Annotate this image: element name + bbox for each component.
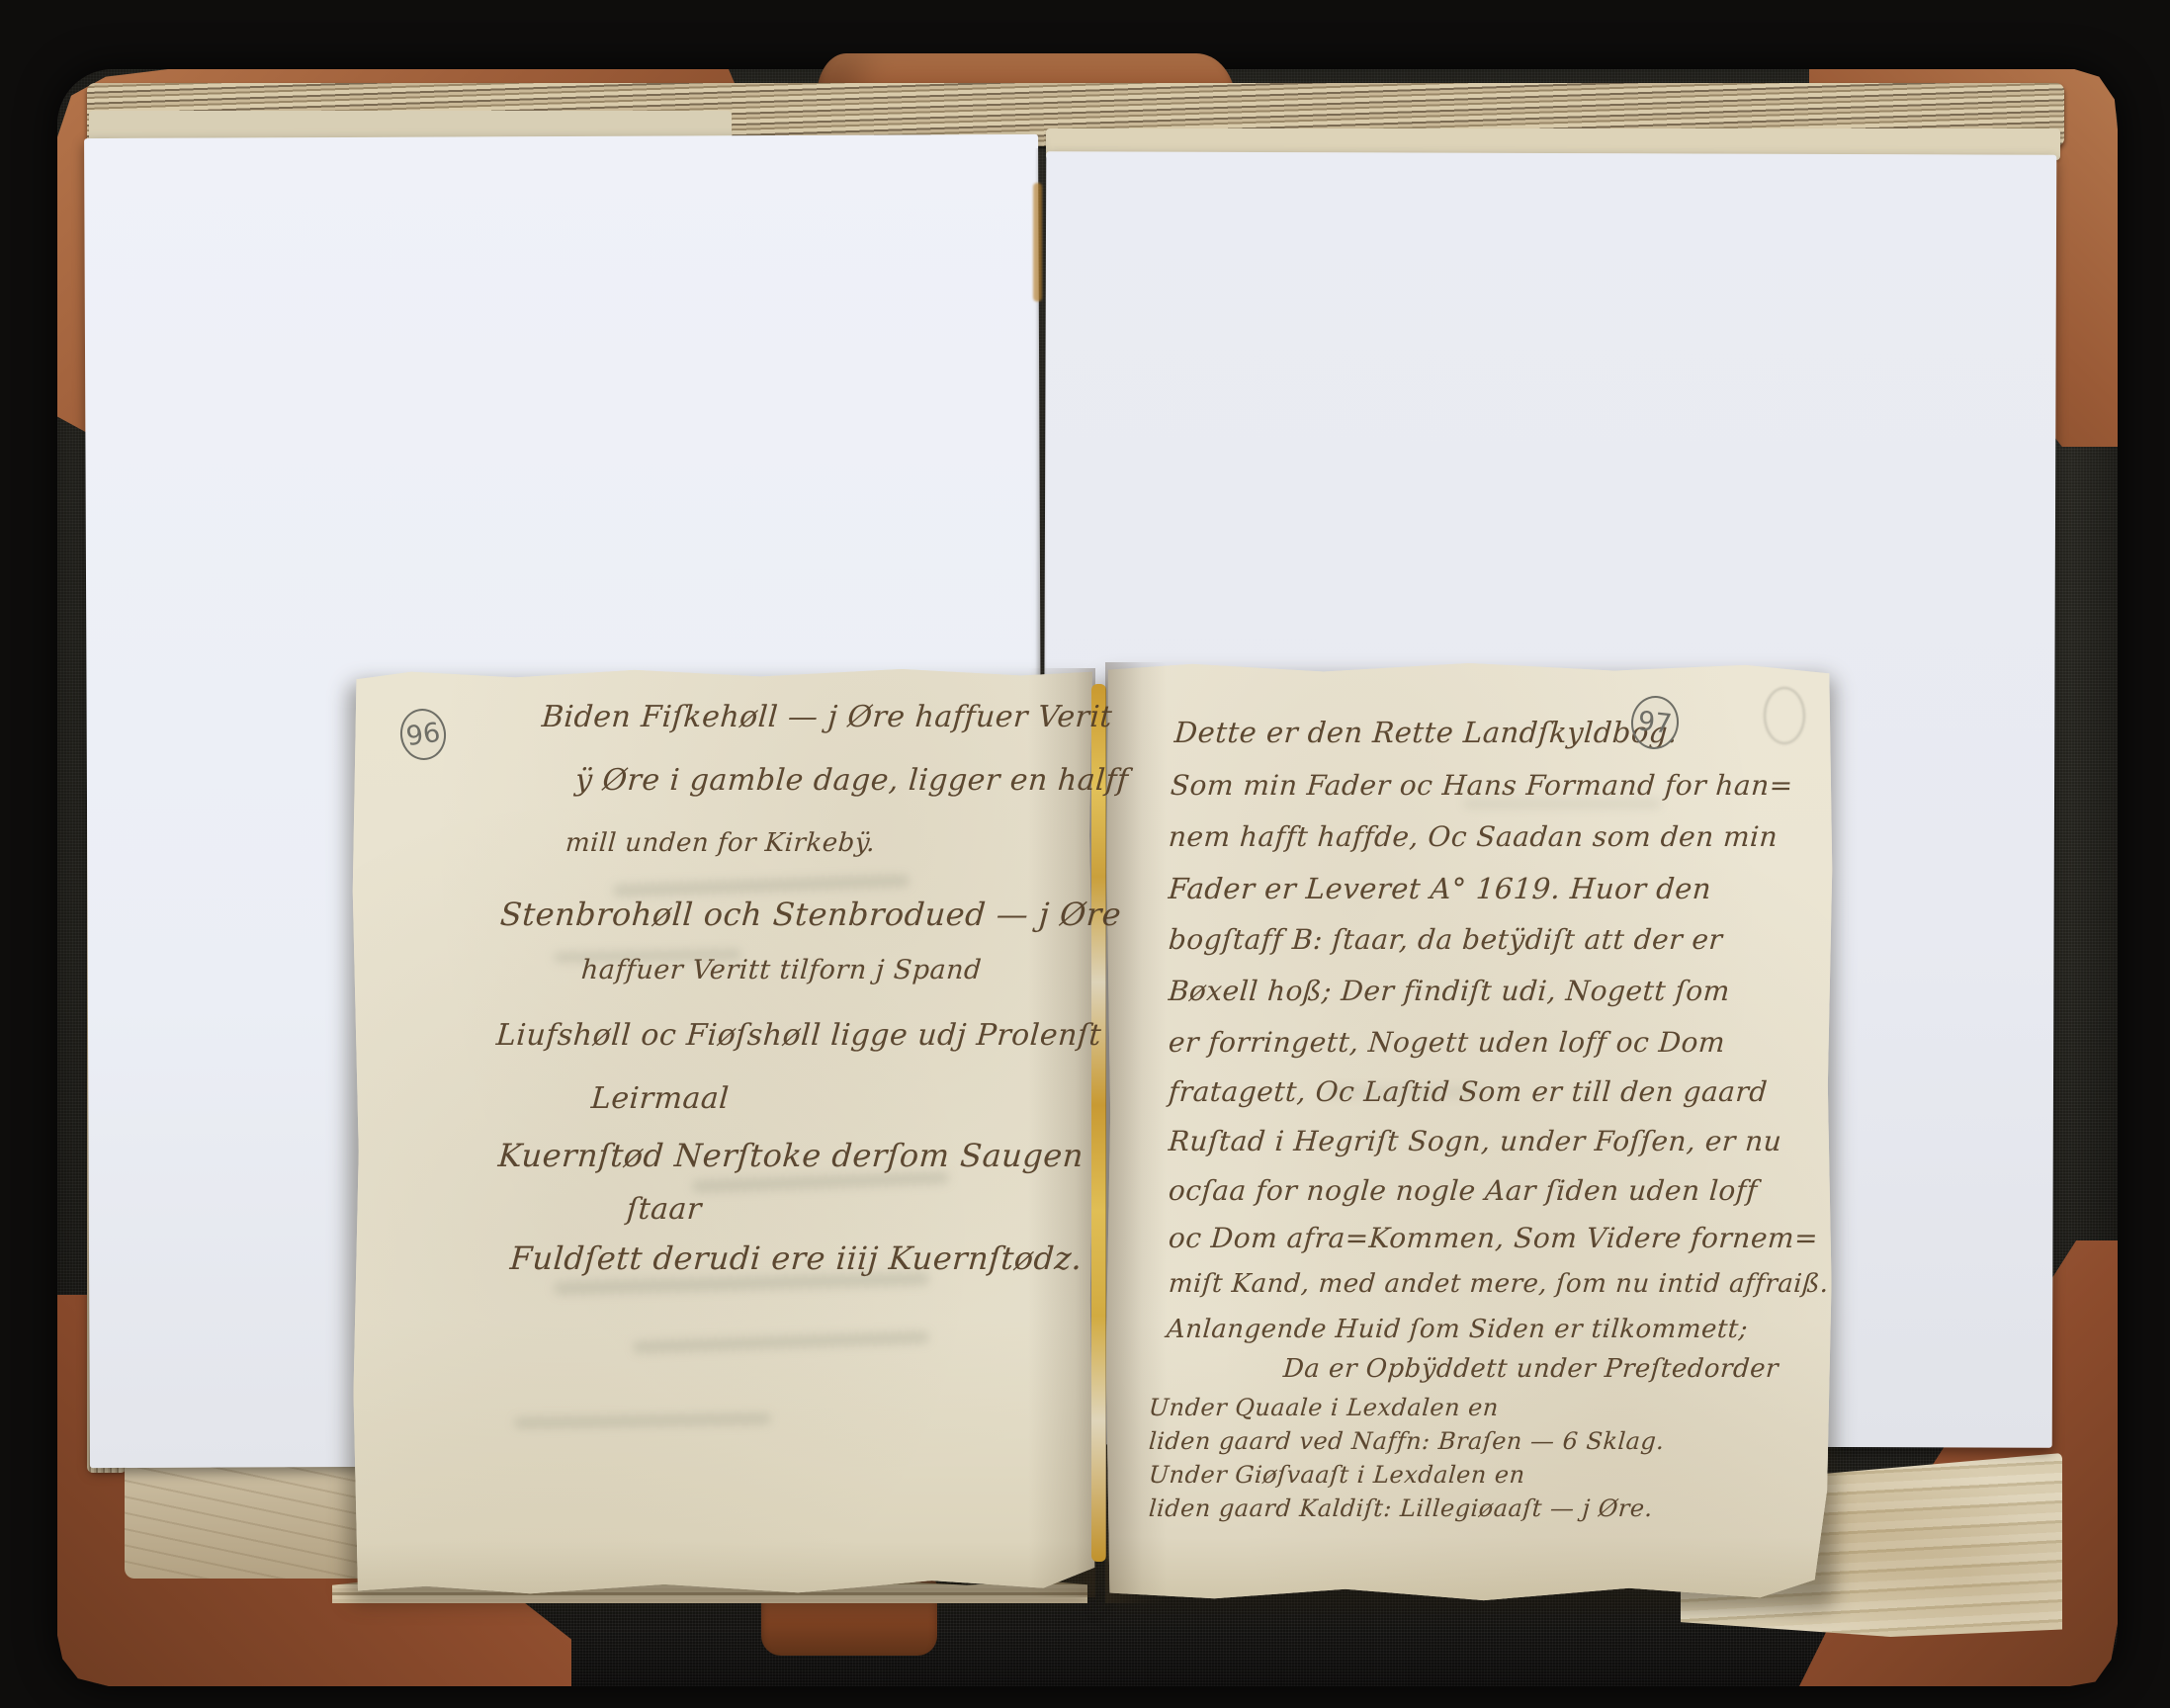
manuscript-line: oc Dom afra=Kommen, Som Videre fornem= <box>1168 1222 1819 1254</box>
manuscript-line: liden gaard Kaldiſt: Lillegiøaaſt — j Ør… <box>1148 1494 1654 1522</box>
page-number-left-value: 96 <box>404 717 442 751</box>
manuscript-line: Under Giøſvaaſt i Lexdalen en <box>1148 1461 1526 1489</box>
manuscript-line: ocſaa for nogle nogle Aar ſiden uden lof… <box>1168 1174 1759 1207</box>
manuscript-line: Da er Opbÿddett under Preſtedorder <box>1282 1354 1779 1384</box>
manuscript-line: Fader er Leveret A° 1619. Huor den <box>1168 872 1713 905</box>
manuscript-line: nem hafft haffde, Oc Saadan som den min <box>1168 820 1779 853</box>
manuscript-line: Ruſtad i Hegriſt Sogn, under Foſſen, er … <box>1168 1125 1783 1157</box>
archival-scan: Biden Fiſkehøll — j Øre haffuer Veritÿ Ø… <box>0 0 2170 1708</box>
manuscript-line: liden gaard ved Naffn: Braſen — 6 Sklag. <box>1148 1427 1665 1455</box>
manuscript-line: er forringett, Nogett uden loff oc Dom <box>1168 1026 1726 1059</box>
manuscript-line: miſt Kand, med andet mere, ſom nu intid … <box>1168 1269 1830 1299</box>
manuscript-line: fratagett, Oc Laſtid Som er till den gaa… <box>1168 1075 1769 1108</box>
right-page-text: Dette er den Rette Landſkyldbog.Som min … <box>0 0 2170 1708</box>
manuscript-line: Som min Fader oc Hans Formand for han= <box>1170 769 1794 802</box>
page-number-right-value: 97 <box>1636 706 1673 739</box>
manuscript-line: Dette er den Rette Landſkyldbog. <box>1173 716 1679 749</box>
manuscript-line: bogſtaff B: ſtaar, da betÿdiſt att der e… <box>1168 923 1724 956</box>
manuscript-line: Bøxell hoß; Der findiſt udi, Nogett ſom <box>1168 975 1731 1007</box>
manuscript-line: Anlangende Huid ſom Siden er tilkommett; <box>1166 1315 1749 1344</box>
manuscript-line: Under Quaale i Lexdalen en <box>1148 1394 1500 1421</box>
